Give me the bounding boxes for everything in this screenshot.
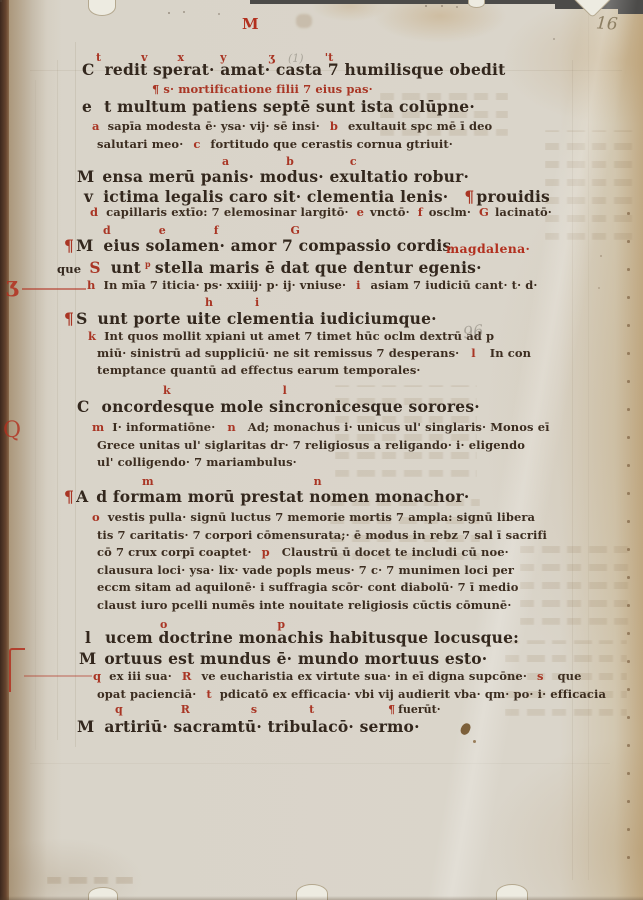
text-line: Martiriū· sacramtū· tribulacō· sermo· bbox=[77, 719, 420, 735]
text-segment: d bbox=[103, 225, 111, 236]
text-segment: ucem doctrine monachis habitusque locusq… bbox=[105, 630, 519, 646]
text-segment: lacinatō· bbox=[495, 207, 552, 219]
prick-mark bbox=[627, 856, 630, 859]
text-segment: v bbox=[84, 189, 93, 205]
text-line: ul' colligendo· 7 mariambulus· bbox=[97, 457, 297, 469]
prick-mark bbox=[627, 240, 630, 243]
folio-number: 16 bbox=[595, 13, 618, 34]
text-segment: Grece unitas ul' siglaritas dr· 7 religi… bbox=[97, 440, 525, 452]
prick-mark bbox=[627, 660, 630, 663]
text-segment: l bbox=[471, 348, 475, 360]
text-segment: p bbox=[262, 547, 270, 559]
text-segment: ¶ bbox=[464, 189, 474, 205]
text-segment: k bbox=[163, 385, 171, 396]
prick-mark bbox=[627, 436, 630, 439]
prick-mark bbox=[627, 800, 630, 803]
text-segment: ul' colligendo· 7 mariambulus· bbox=[97, 457, 297, 469]
text-line: opat pacienciā·tpdicatō ex efficacia· vb… bbox=[97, 689, 606, 701]
text-segment: a bbox=[222, 156, 229, 167]
text-line: ¶Ad formam morū prestat nomen monachor· bbox=[64, 489, 469, 505]
text-segment: h bbox=[87, 280, 95, 292]
text-line: ¶Sunt porte uite clementia iudiciumque· bbox=[64, 311, 437, 327]
text-segment: G bbox=[479, 207, 489, 219]
text-segment: sapīa modesta ē· ysa· vij· sē insi· bbox=[108, 121, 320, 133]
text-segment: f bbox=[214, 225, 219, 236]
text-segment: Claustrū ū docet te includi cū noe· bbox=[282, 547, 509, 559]
text-segment: ensa merū panis· modus· exultatio robur· bbox=[102, 169, 469, 185]
text-segment: vnctō· bbox=[370, 207, 410, 219]
text-line: dcapillaris extīo: 7 elemosinar largitō·… bbox=[90, 207, 552, 219]
text-line: eccm sitam ad aquilonē· i suffragia scōr… bbox=[97, 582, 519, 594]
text-segment: o bbox=[92, 512, 100, 524]
text-line: ¶Meius solamen· amor 7 compassio cordis bbox=[64, 238, 451, 254]
prick-mark bbox=[627, 576, 630, 579]
text-segment: q bbox=[93, 671, 101, 683]
margin-tie-line bbox=[22, 288, 86, 290]
text-segment: osclm· bbox=[429, 207, 471, 219]
prick-mark bbox=[627, 268, 630, 271]
text-line: asapīa modesta ē· ysa· vij· sē insi·bexu… bbox=[92, 121, 492, 133]
text-line: Grece unitas ul' siglaritas dr· 7 religi… bbox=[97, 440, 525, 452]
prick-mark bbox=[627, 492, 630, 495]
text-segment: eccm sitam ad aquilonē· i suffragia scōr… bbox=[97, 582, 519, 594]
text-segment: R bbox=[181, 704, 190, 715]
text-line: tis 7 caritatis· 7 corpori cōmensurata;·… bbox=[97, 530, 547, 542]
text-segment: eius solamen· amor 7 compassio cordis bbox=[103, 238, 451, 254]
text-line: Mortuus est mundus ē· mundo mortuus esto… bbox=[79, 651, 487, 667]
text-segment: ¶ bbox=[64, 238, 74, 254]
text-segment: fuerūt· bbox=[398, 704, 440, 715]
prick-mark bbox=[627, 604, 630, 607]
text-segment: e bbox=[159, 225, 166, 236]
text-segment: tis 7 caritatis· 7 corpori cōmensurata;·… bbox=[97, 530, 547, 542]
text-segment: claust iuro pcelli numēs inte nouitate r… bbox=[97, 600, 511, 612]
prick-mark bbox=[627, 380, 630, 383]
text-segment: b bbox=[286, 156, 294, 167]
text-segment: ve eucharistia ex virtute sua· in eī dig… bbox=[202, 671, 527, 683]
prick-mark bbox=[627, 548, 630, 551]
margin-note-magdalena: magdalena· bbox=[446, 241, 530, 256]
text-segment: M bbox=[77, 719, 94, 735]
text-segment: Ad; monachus i· unicus ul' singlaris· Mo… bbox=[248, 422, 550, 434]
text-segment: ortuus est mundus ē· mundo mortuus esto· bbox=[104, 651, 487, 667]
text-segment: fortitudo que cerastis cornua gtriuit· bbox=[210, 139, 452, 151]
prick-mark bbox=[627, 632, 630, 635]
running-title: M bbox=[242, 15, 259, 33]
text-segment: M bbox=[76, 238, 93, 254]
text-line: queSuntpstella maris ē dat que dentur eg… bbox=[57, 260, 482, 276]
text-segment: opat pacienciā· bbox=[97, 689, 196, 701]
text-segment: clausura loci· ysa· lix· vade popls meus… bbox=[97, 565, 514, 577]
text-segment: exultauit spc mē ī deo bbox=[348, 121, 492, 133]
text-segment: C bbox=[77, 399, 90, 415]
text-segment: d formam morū prestat nomen monachor· bbox=[96, 489, 469, 505]
text-segment: C bbox=[82, 62, 95, 78]
text-line: Concordesque mole sincronicesque sorores… bbox=[77, 399, 480, 415]
text-segment: A bbox=[76, 489, 88, 505]
text-segment: t multum patiens septē sunt ista colūpne… bbox=[104, 99, 475, 115]
prick-mark bbox=[627, 744, 630, 747]
text-segment: I· informatiōne· bbox=[112, 422, 215, 434]
text-line: kInt quos mollit xpiani ut amet 7 timet … bbox=[88, 331, 494, 343]
text-segment: n bbox=[227, 422, 235, 434]
margin-nota-mark: ʒ bbox=[6, 272, 18, 297]
text-segment: vestis pulla· signū luctus 7 memorie mor… bbox=[108, 512, 535, 524]
text-line: ovestis pulla· signū luctus 7 memorie mo… bbox=[92, 512, 535, 524]
text-segment: l bbox=[85, 630, 91, 646]
text-segment: que bbox=[57, 264, 81, 276]
prick-mark bbox=[627, 828, 630, 831]
text-segment: oncordesque mole sincronicesque sorores· bbox=[102, 399, 480, 415]
text-segment: n bbox=[314, 476, 322, 487]
text-line: hi bbox=[205, 297, 259, 308]
text-segment: ¶ bbox=[64, 489, 74, 505]
prick-mark bbox=[627, 408, 630, 411]
text-segment: M bbox=[77, 169, 94, 185]
margin-tie-line bbox=[24, 675, 92, 677]
text-segment: i bbox=[356, 280, 360, 292]
text-segment: unt bbox=[111, 260, 141, 276]
text-segment: cō 7 crux corpī coaptet· bbox=[97, 547, 252, 559]
text-segment: ictima legalis caro sit· clementia lenis… bbox=[103, 189, 448, 205]
text-segment: ¶ bbox=[152, 84, 159, 96]
manuscript-scan: tvxyʒ'tCredit sperat· amat· casta 7 humi… bbox=[0, 0, 643, 900]
text-line: temptance quantū ad effectus earum tempo… bbox=[97, 365, 421, 377]
text-line: claust iuro pcelli numēs inte nouitate r… bbox=[97, 600, 511, 612]
text-segment: e bbox=[357, 207, 364, 219]
text-segment: k bbox=[88, 331, 96, 343]
text-segment: h bbox=[205, 297, 213, 308]
text-segment: i bbox=[255, 297, 259, 308]
text-segment: e bbox=[82, 99, 92, 115]
text-segment: prouidis bbox=[476, 189, 550, 205]
text-segment: miū· sinistrū ad suppliciū· ne sit remis… bbox=[97, 348, 459, 360]
text-segment: temptance quantū ad effectus earum tempo… bbox=[97, 365, 421, 377]
text-segment: M bbox=[79, 651, 96, 667]
text-segment: S bbox=[76, 311, 87, 327]
text-line: Mensa merū panis· modus· exultatio robur… bbox=[77, 169, 469, 185]
prick-mark bbox=[627, 352, 630, 355]
text-segment: S bbox=[89, 260, 100, 276]
prick-mark bbox=[627, 716, 630, 719]
text-segment: pdicatō ex efficacia· vbi vij audierit v… bbox=[220, 689, 606, 701]
text-segment: unt porte uite clementia iudiciumque· bbox=[97, 311, 436, 327]
text-segment: f bbox=[418, 207, 423, 219]
pencil-note-right: 96 bbox=[462, 321, 485, 343]
text-segment: m bbox=[142, 476, 154, 487]
text-segment: Int quos mollit xpiani ut amet 7 timet h… bbox=[104, 331, 494, 343]
text-segment: s bbox=[251, 704, 257, 715]
text-line: abc bbox=[222, 156, 357, 167]
running-title-showthrough bbox=[296, 14, 312, 28]
text-line: miū· sinistrū ad suppliciū· ne sit remis… bbox=[97, 348, 531, 360]
text-segment: c bbox=[193, 139, 200, 151]
text-segment: R bbox=[182, 671, 192, 683]
text-line: clausura loci· ysa· lix· vade popls meus… bbox=[97, 565, 514, 577]
text-segment: m bbox=[92, 422, 104, 434]
prick-mark bbox=[627, 464, 630, 467]
text-segment: t bbox=[206, 689, 211, 701]
text-line: salutari meo·cfortitudo que cerastis cor… bbox=[97, 139, 453, 151]
prick-mark bbox=[627, 324, 630, 327]
text-segment: b bbox=[330, 121, 338, 133]
text-segment: q bbox=[115, 704, 123, 715]
prick-mark bbox=[627, 772, 630, 775]
text-line: mI· informatiōne·nAd; monachus i· unicus… bbox=[92, 422, 550, 434]
text-line: defG bbox=[103, 225, 300, 236]
text-segment: ¶ bbox=[388, 704, 395, 715]
prick-mark bbox=[627, 688, 630, 691]
text-line: cō 7 crux corpī coaptet·pClaustrū ū doce… bbox=[97, 547, 509, 559]
text-segment: salutari meo· bbox=[97, 139, 183, 151]
text-segment: redit sperat· amat· casta 7 humilisque o… bbox=[105, 62, 506, 78]
text-segment: artiriū· sacramtū· tribulacō· sermo· bbox=[104, 719, 419, 735]
text-segment: c bbox=[350, 156, 357, 167]
text-segment: asiam 7 iudiciū cant· t· d· bbox=[371, 280, 538, 292]
text-line: hIn mīa 7 iticia· ps· xxiiij· p· ij· vni… bbox=[87, 280, 538, 292]
text-segment: d bbox=[90, 207, 98, 219]
text-segment: stella maris ē dat que dentur egenis· bbox=[155, 260, 482, 276]
text-line: et multum patiens septē sunt ista colūpn… bbox=[82, 99, 475, 115]
pencil-note-top: (1) bbox=[288, 52, 304, 65]
text-line: mn bbox=[142, 476, 322, 487]
text-line: qRst¶fuerūt· bbox=[115, 704, 441, 715]
text-segment: In mīa 7 iticia· ps· xxiiij· p· ij· vniu… bbox=[103, 280, 346, 292]
text-segment: s· mortificatione filii 7 eius pas· bbox=[163, 84, 372, 96]
text-line: kl bbox=[163, 385, 287, 396]
text-line: ¶s· mortificatione filii 7 eius pas· bbox=[152, 84, 373, 96]
prick-mark bbox=[627, 520, 630, 523]
text-segment: p bbox=[145, 260, 151, 268]
dirt-specks bbox=[0, 0, 2, 2]
text-segment: que bbox=[558, 671, 582, 683]
prick-mark bbox=[627, 212, 630, 215]
page-bottom-edge bbox=[0, 896, 643, 900]
text-segment: t bbox=[309, 704, 314, 715]
text-segment: l bbox=[283, 385, 287, 396]
text-line: victima legalis caro sit· clementia leni… bbox=[84, 189, 550, 205]
text-segment: s bbox=[537, 671, 544, 683]
ink-speck bbox=[473, 740, 476, 743]
text-segment: capillaris extīo: 7 elemosinar largitō· bbox=[106, 207, 348, 219]
text-line: lucem doctrine monachis habitusque locus… bbox=[85, 630, 519, 646]
text-block: tvxyʒ'tCredit sperat· amat· casta 7 humi… bbox=[0, 0, 643, 900]
text-segment: ex iii sua· bbox=[109, 671, 172, 683]
prick-mark bbox=[627, 296, 630, 299]
text-segment: In con bbox=[490, 348, 531, 360]
text-segment: ¶ bbox=[64, 311, 74, 327]
margin-nota-mark: Q bbox=[3, 418, 21, 443]
text-segment: a bbox=[92, 121, 100, 133]
text-segment: G bbox=[290, 225, 299, 236]
text-line: qex iii sua·Rve eucharistia ex virtute s… bbox=[93, 671, 582, 683]
margin-paragraph-mark bbox=[9, 648, 25, 692]
